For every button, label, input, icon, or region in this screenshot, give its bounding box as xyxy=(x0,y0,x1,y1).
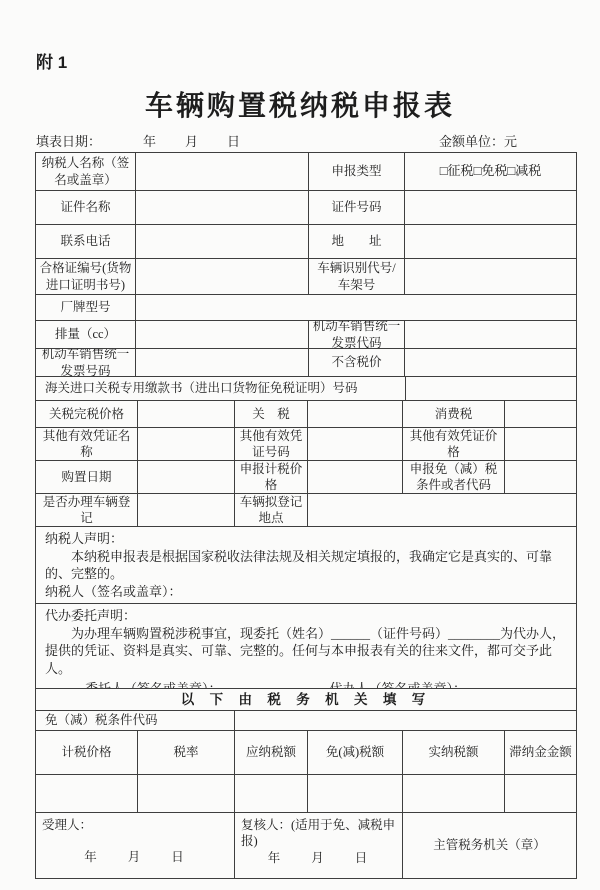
form-meta-row: 填表日期： 年 月 日 金额单位：元 xyxy=(36,131,575,150)
tax-exempted-header: 免(减)税额 xyxy=(308,731,403,775)
row-taxpayer-name: 纳税人名称（签名或盖章） 申报类型 □征税 □免税 □减税 xyxy=(36,153,576,191)
tax-exempted-input[interactable] xyxy=(308,775,403,813)
qualification-no-label: 合格证编号(货物进口证明书号) xyxy=(36,259,136,295)
agent-sign-row: 委托人（签名或盖章）： 代办人（签名或盖章）： xyxy=(45,680,567,689)
row-brand-model: 厂牌型号 xyxy=(36,295,576,321)
declare-type-label: 申报类型 xyxy=(309,153,405,191)
invoice-code-label: 机动车销售统一发票代码 xyxy=(309,321,405,349)
purchase-date-input[interactable] xyxy=(138,461,235,494)
cert-name-input[interactable] xyxy=(136,191,309,225)
tax-paid-header: 实纳税额 xyxy=(403,731,505,775)
exempt-condition-label: 申报免（减）税条件或者代码 xyxy=(403,461,505,494)
row-purchase-date: 购置日期 申报计税价格 申报免（减）税条件或者代码 xyxy=(36,461,576,494)
page-title: 车辆购置税纳税申报表 xyxy=(0,84,600,124)
row-signatures: 受理人： 年 月 日 复核人：(适用于免、减税申报) 年 月 日 主管税务机关（… xyxy=(36,813,576,878)
brand-model-input[interactable] xyxy=(136,295,576,321)
row-customs-value: 关税完税价格 关 税 消费税 xyxy=(36,401,576,428)
other-cert-name-label: 其他有效凭证名称 xyxy=(36,428,138,461)
other-cert-name-input[interactable] xyxy=(138,428,235,461)
agent-declaration: 代办委托声明： 为办理车辆购置税涉税事宜，现委托（姓名）______（证件号码）… xyxy=(36,604,576,689)
tariff-input[interactable] xyxy=(308,401,403,428)
purchase-date-label: 购置日期 xyxy=(36,461,138,494)
invoice-code-input[interactable] xyxy=(405,321,576,349)
registration-place-label: 车辆拟登记地点 xyxy=(235,494,308,527)
row-contact: 联系电话 地 址 xyxy=(36,225,576,259)
acceptor-date: 年 月 日 xyxy=(84,849,186,865)
cert-name-label: 证件名称 xyxy=(36,191,136,225)
price-excl-tax-label: 不含税价 xyxy=(309,349,405,377)
customs-doc-label: 海关进口关税专用缴款书（进出口货物征免税证明）号码 xyxy=(36,377,406,401)
exempt-tax-checkbox[interactable]: □免税 xyxy=(474,163,508,180)
vehicle-registration-label: 是否办理车辆登记 xyxy=(36,494,138,527)
fill-date-label: 填表日期： xyxy=(36,131,101,150)
phone-label: 联系电话 xyxy=(36,225,136,259)
row-agent-declaration: 代办委托声明： 为办理车辆购置税涉税事宜，现委托（姓名）______（证件号码）… xyxy=(36,604,576,689)
agent-declaration-body: 为办理车辆购置税涉税事宜，现委托（姓名）______（证件号码）________… xyxy=(45,625,567,678)
reviewer-label: 复核人：(适用于免、减税申报) xyxy=(241,817,396,850)
late-fee-header: 滞纳金金额 xyxy=(505,731,576,775)
tax-authority-label: 主管税务机关（章） xyxy=(403,813,576,878)
row-registration: 是否办理车辆登记 车辆拟登记地点 xyxy=(36,494,576,527)
vin-input[interactable] xyxy=(405,259,576,295)
cert-no-input[interactable] xyxy=(405,191,576,225)
attachment-label: 附 1 xyxy=(36,48,67,73)
customs-value-label: 关税完税价格 xyxy=(36,401,138,428)
taxpayer-sign-label: 纳税人（签名或盖章）： xyxy=(45,583,567,601)
exempt-code-label: 免（减）税条件代码 xyxy=(36,711,235,731)
late-fee-input[interactable] xyxy=(505,775,576,813)
phone-input[interactable] xyxy=(136,225,309,259)
declared-price-label: 申报计税价格 xyxy=(235,461,308,494)
row-tax-table-header: 计税价格 税率 应纳税额 免(减)税额 实纳税额 滞纳金金额 xyxy=(36,731,576,775)
tax-rate-header: 税率 xyxy=(138,731,235,775)
consumption-tax-label: 消费税 xyxy=(403,401,505,428)
customs-value-input[interactable] xyxy=(138,401,235,428)
exempt-condition-input[interactable] xyxy=(505,461,576,494)
tax-office-section-title: 以 下 由 税 务 机 关 填 写 xyxy=(36,689,576,711)
consumption-tax-input[interactable] xyxy=(505,401,576,428)
row-tax-office-header: 以 下 由 税 务 机 关 填 写 xyxy=(36,689,576,711)
tax-form-table: 纳税人名称（签名或盖章） 申报类型 □征税 □免税 □减税 证件名称 证件号码 … xyxy=(35,152,577,879)
declared-price-input[interactable] xyxy=(308,461,403,494)
agent-declaration-title: 代办委托声明： xyxy=(45,607,567,625)
row-customs-doc: 海关进口关税专用缴款书（进出口货物征免税证明）号码 xyxy=(36,377,576,401)
vehicle-registration-input[interactable] xyxy=(138,494,235,527)
tax-payable-header: 应纳税额 xyxy=(235,731,308,775)
taxable-price-input[interactable] xyxy=(36,775,138,813)
declare-type-options: □征税 □免税 □减税 xyxy=(405,153,576,191)
price-excl-tax-input[interactable] xyxy=(405,349,576,377)
qualification-no-input[interactable] xyxy=(136,259,309,295)
tax-rate-input[interactable] xyxy=(138,775,235,813)
taxpayer-name-label: 纳税人名称（签名或盖章） xyxy=(36,153,136,191)
row-exempt-code: 免（减）税条件代码 xyxy=(36,711,576,731)
tax-paid-input[interactable] xyxy=(403,775,505,813)
tariff-label: 关 税 xyxy=(235,401,308,428)
customs-doc-input[interactable] xyxy=(406,377,576,401)
displacement-label: 排量（cc） xyxy=(36,321,136,349)
other-cert-price-input[interactable] xyxy=(505,428,576,461)
other-cert-no-label: 其他有效凭证号码 xyxy=(235,428,308,461)
row-displacement: 排量（cc） 机动车销售统一发票代码 xyxy=(36,321,576,349)
tax-payable-input[interactable] xyxy=(235,775,308,813)
taxable-price-header: 计税价格 xyxy=(36,731,138,775)
taxpayer-name-input[interactable] xyxy=(136,153,309,191)
principal-sign-label: 委托人（签名或盖章）： xyxy=(85,680,222,689)
registration-place-input[interactable] xyxy=(308,494,576,527)
displacement-input[interactable] xyxy=(136,321,309,349)
row-qualification: 合格证编号(货物进口证明书号) 车辆识别代号/车架号 xyxy=(36,259,576,295)
row-other-cert: 其他有效凭证名称 其他有效凭证号码 其他有效凭证价格 xyxy=(36,428,576,461)
other-cert-price-label: 其他有效凭证价格 xyxy=(403,428,505,461)
address-input[interactable] xyxy=(405,225,576,259)
reviewer-cell: 复核人：(适用于免、减税申报) 年 月 日 xyxy=(235,813,403,878)
acceptor-label: 受理人： xyxy=(42,817,92,833)
invoice-no-input[interactable] xyxy=(136,349,309,377)
exempt-code-input[interactable] xyxy=(235,711,576,731)
other-cert-no-input[interactable] xyxy=(308,428,403,461)
cert-no-label: 证件号码 xyxy=(309,191,405,225)
acceptor-cell: 受理人： 年 月 日 xyxy=(36,813,235,878)
address-label: 地 址 xyxy=(309,225,405,259)
amount-unit-label: 金额单位：元 xyxy=(439,131,517,150)
reduce-tax-checkbox[interactable]: □减税 xyxy=(507,163,541,180)
fill-date-fields: 年 月 日 xyxy=(143,131,241,150)
agent-sign-label: 代办人（签名或盖章）： xyxy=(330,680,467,689)
row-taxpayer-declaration: 纳税人声明： 本纳税申报表是根据国家税收法律法规及相关规定填报的，我确定它是真实… xyxy=(36,527,576,604)
row-invoice-no: 机动车销售统一发票号码 不含税价 xyxy=(36,349,576,377)
reviewer-date: 年 月 日 xyxy=(268,850,370,866)
taxpayer-declaration: 纳税人声明： 本纳税申报表是根据国家税收法律法规及相关规定填报的，我确定它是真实… xyxy=(36,527,576,604)
taxpayer-declaration-title: 纳税人声明： xyxy=(45,530,567,548)
levy-tax-checkbox[interactable]: □征税 xyxy=(440,163,474,180)
vin-label: 车辆识别代号/车架号 xyxy=(309,259,405,295)
invoice-no-label: 机动车销售统一发票号码 xyxy=(36,349,136,377)
taxpayer-declaration-body: 本纳税申报表是根据国家税收法律法规及相关规定填报的，我确定它是真实的、可靠的、完… xyxy=(45,548,567,583)
row-tax-table-values xyxy=(36,775,576,813)
form-page: 附 1 车辆购置税纳税申报表 填表日期： 年 月 日 金额单位：元 纳税人名称（… xyxy=(0,0,600,890)
row-certificate: 证件名称 证件号码 xyxy=(36,191,576,225)
brand-model-label: 厂牌型号 xyxy=(36,295,136,321)
